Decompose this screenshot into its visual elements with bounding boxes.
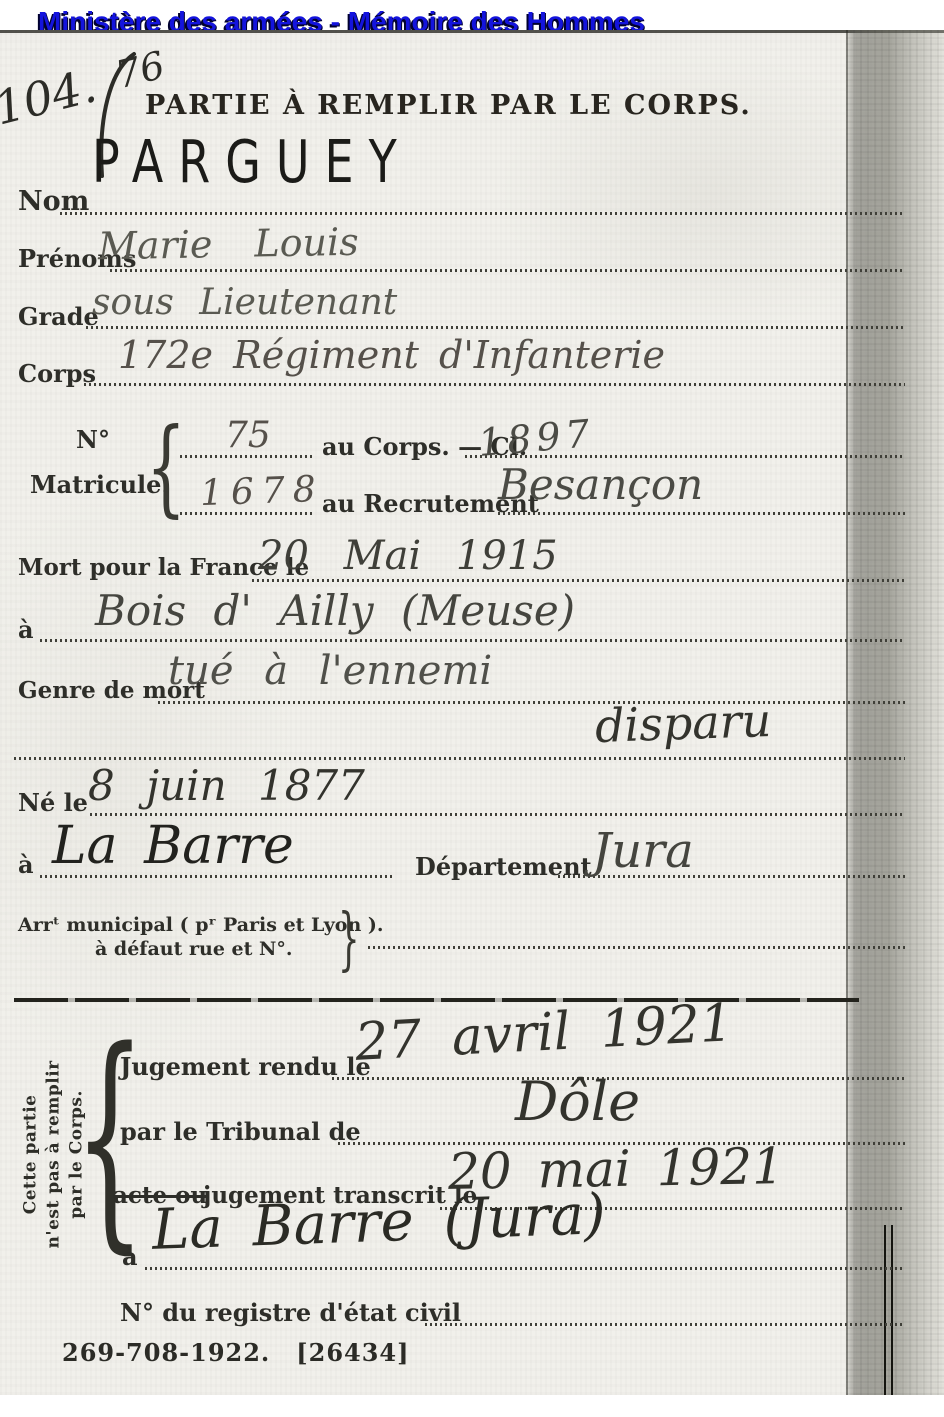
value-genre-mort: tué à l'ennemi xyxy=(168,648,492,694)
scan-edge-line xyxy=(884,1225,886,1395)
form-title: PARTIE À REMPLIR PAR LE CORPS. xyxy=(145,90,752,121)
scan-edge-line xyxy=(891,1225,893,1395)
dotted-line xyxy=(40,639,905,642)
dotted-line xyxy=(60,212,905,215)
dotted-line xyxy=(252,579,905,582)
sidebar-note-line: Cette partie xyxy=(20,1034,43,1274)
arr-brace: } xyxy=(338,906,360,974)
dotted-line xyxy=(86,326,905,329)
dotted-line xyxy=(498,512,905,515)
field-label-matricule-no: N° xyxy=(76,425,110,454)
value-genre-mort-2: disparu xyxy=(594,693,772,753)
field-label-ne-le: Né le xyxy=(18,788,88,817)
value-mort-lieu: Bois d' Ailly (Meuse) xyxy=(95,586,575,635)
scanned-record: 104. 76 PARTIE À REMPLIR PAR LE CORPS. N… xyxy=(0,30,944,1395)
dotted-line xyxy=(425,1323,905,1326)
document-page: Ministère des armées - Mémoire des Homme… xyxy=(0,0,944,1417)
field-label-transcrit-lieu: à xyxy=(122,1242,138,1271)
scan-gutter-shadow xyxy=(846,30,944,1395)
value-naissance-lieu: La Barre xyxy=(52,816,294,876)
dotted-line xyxy=(145,1267,905,1270)
value-naissance-date: 8 juin 1877 xyxy=(88,761,365,810)
value-corps: 172e Régiment d'Infanterie xyxy=(118,333,665,377)
field-label-tribunal: par le Tribunal de xyxy=(120,1117,361,1146)
field-label-mort-lieu: à xyxy=(18,615,34,644)
field-label-arr-2: à défaut rue et N°. xyxy=(95,938,292,960)
value-tribunal: Dôle xyxy=(515,1070,640,1133)
sidebar-note-line: n'est pas à remplir xyxy=(43,1034,66,1274)
field-label-registre: N° du registre d'état civil xyxy=(120,1298,461,1327)
field-label-ne-a: à xyxy=(18,850,34,879)
value-mort-date: 20 Mai 1915 xyxy=(258,533,558,579)
print-code-number: 269-708-1922. xyxy=(62,1338,270,1367)
dotted-line xyxy=(110,269,905,272)
print-code: 269-708-1922.[26434] xyxy=(62,1338,410,1367)
dotted-line xyxy=(14,757,905,760)
dotted-line xyxy=(368,946,905,949)
value-recrutement-lieu: Besançon xyxy=(498,460,703,509)
print-code-ref: [26434] xyxy=(296,1338,409,1367)
field-label-arr-1: Arrᵗ municipal ( pʳ Paris et Lyon ). xyxy=(18,914,383,936)
value-departement: Jura xyxy=(592,823,694,879)
corner-register-number: 104. xyxy=(0,58,101,135)
value-nom: PARGUEY xyxy=(92,127,412,196)
value-matricule-recrutement: 1678 xyxy=(199,469,324,514)
value-matricule-corps: 75 xyxy=(225,415,271,456)
value-grade: sous Lieutenant xyxy=(92,282,397,323)
value-prenoms: Marie Louis xyxy=(98,220,359,269)
dotted-line xyxy=(158,701,905,704)
matricule-brace: { xyxy=(146,415,186,520)
value-jugement-rendu: 27 avril 1921 xyxy=(354,993,735,1073)
dotted-line xyxy=(84,383,905,386)
